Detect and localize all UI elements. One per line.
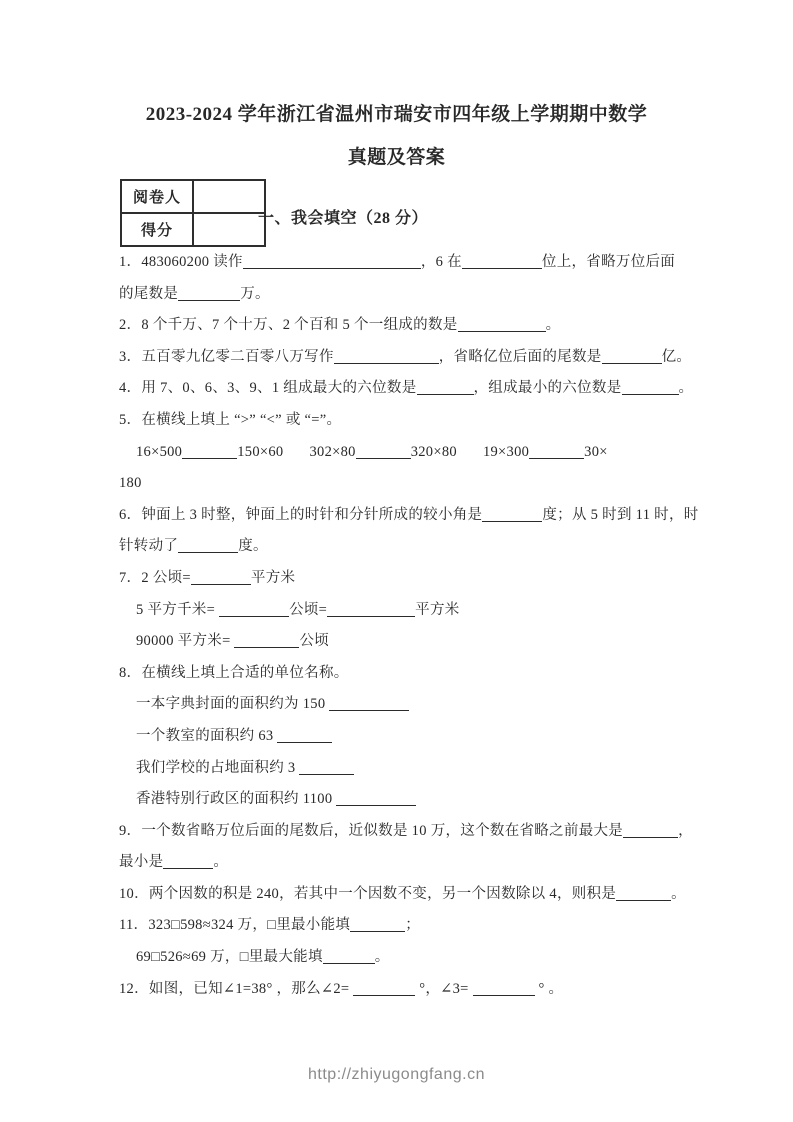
question-line: 的尾数是万。 [119,279,719,311]
question-line: 香港特别行政区的面积约 1100 [119,784,719,816]
question-text: 公顷= [289,602,327,618]
question-line: 10．两个因数的积是 240，若其中一个因数不变，另一个因数除以 4，则积是。 [119,879,719,911]
question-text: 90000 平方米= [136,633,234,649]
blank-line [191,570,251,585]
question-text: 2．8 个千万、7 个十万、2 个百和 5 个一组成的数是 [119,317,458,333]
question-text: 7．2 公顷= [119,570,191,586]
blank-line [334,349,439,364]
blank-line [243,254,421,269]
question-text: ，6 在 [421,254,462,270]
question-text: 1．483060200 读作 [119,254,243,270]
question-line: 1．483060200 读作，6 在位上，省略万位后面 [119,247,719,279]
blank-line [329,696,409,711]
blank-line [299,760,354,775]
blank-line [623,823,678,838]
score-value-cell [193,213,265,246]
question-line: 90000 平方米= 公顷 [119,626,719,658]
blank-line [458,317,546,332]
question-text: 12．如图，已知∠1=38° ，那么∠2= [119,981,353,997]
question-text: 位上，省略万位后面 [542,254,675,270]
question-text: 5．在横线上填上 “>” “<” 或 “=”。 [119,412,341,428]
question-text: ； [405,917,420,933]
blank-line [182,444,237,459]
question-text: 最小是 [119,854,163,870]
question-text: 亿。 [662,349,692,365]
blank-line [277,728,332,743]
blank-line [462,254,542,269]
question-text: °，∠3= [415,981,472,997]
question-text: 19×300 [483,444,529,460]
blank-line [163,854,213,869]
question-text: 平方米 [251,570,295,586]
blank-line [178,538,238,553]
question-line: 针转动了度。 [119,531,719,563]
question-text: 。 [546,317,561,333]
page-title-line2: 真题及答案 [0,136,793,179]
question-text: 。 [679,380,694,396]
question-text: 一本字典封面的面积约为 150 [136,696,329,712]
page-title: 2023-2024 学年浙江省温州市瑞安市四年级上学期期中数学 真题及答案 [0,93,793,179]
table-row: 阅卷人 [121,180,265,213]
question-text: 10．两个因数的积是 240，若其中一个因数不变，另一个因数除以 4，则积是 [119,886,616,902]
section-heading: 一、我会填空（28 分） [258,205,428,228]
question-text: ，组成最小的六位数是 [474,380,622,396]
question-line: 一个教室的面积约 63 [119,721,719,753]
question-text: 69□526≈69 万，□里最大能填 [136,949,323,965]
question-line: 4．用 7、0、6、3、9、1 组成最大的六位数是，组成最小的六位数是。 [119,373,719,405]
question-text: 30× [584,444,608,460]
blank-line [482,507,542,522]
blank-line [178,286,240,301]
question-text: 302×80 [309,444,355,460]
question-text: 我们学校的占地面积约 3 [136,760,299,776]
question-text: 的尾数是 [119,286,178,302]
question-text: 。 [375,949,390,965]
question-text: 度。 [238,538,268,554]
question-text: 6．钟面上 3 时整，钟面上的时针和分针所成的较小角是 [119,507,482,523]
question-text: ° 。 [535,981,564,997]
blank-line [327,602,415,617]
question-lines: 1．483060200 读作，6 在位上，省略万位后面的尾数是万。2．8 个千万… [119,247,719,1005]
blank-line [529,444,584,459]
question-text: 8．在横线上填上合适的单位名称。 [119,665,349,681]
blank-line [602,349,662,364]
question-text: ，省略亿位后面的尾数是 [439,349,602,365]
question-line: 69□526≈69 万，□里最大能填。 [119,942,719,974]
question-text: 5 平方千米= [136,602,219,618]
exam-paper-page: 2023-2024 学年浙江省温州市瑞安市四年级上学期期中数学 真题及答案 阅卷… [0,0,793,1122]
question-line: 6．钟面上 3 时整，钟面上的时针和分针所成的较小角是度；从 5 时到 11 时… [119,500,719,532]
question-line: 12．如图，已知∠1=38° ，那么∠2= °，∠3= ° 。 [119,974,719,1006]
question-text: 。 [671,886,686,902]
question-text: 针转动了 [119,538,178,554]
question-text: 度；从 5 时到 11 时，时 [542,507,698,523]
blank-line [323,949,375,964]
question-text: 3．五百零九亿零二百零八万写作 [119,349,334,365]
question-text: ， [678,823,693,839]
question-line: 16×500150×60302×80320×8019×30030× [119,437,719,469]
table-row: 得分 [121,213,265,246]
question-text: 150×60 [237,444,283,460]
question-text: 11．323□598≈324 万，□里最小能填 [119,917,350,933]
gap-spacer [457,455,483,456]
question-line: 我们学校的占地面积约 3 [119,753,719,785]
blank-line [616,886,671,901]
blank-line [356,444,411,459]
question-line: 3．五百零九亿零二百零八万写作，省略亿位后面的尾数是亿。 [119,342,719,374]
question-text: 16×500 [136,444,182,460]
question-line: 一本字典封面的面积约为 150 [119,689,719,721]
question-line: 5 平方千米= 公顷=平方米 [119,595,719,627]
blank-line [622,380,679,395]
question-line: 9．一个数省略万位后面的尾数后，近似数是 10 万，这个数在省略之前最大是， [119,816,719,848]
blank-line [353,981,415,996]
blank-line [417,380,474,395]
question-line: 11．323□598≈324 万，□里最小能填； [119,910,719,942]
blank-line [234,633,299,648]
question-text: 平方米 [415,602,459,618]
blank-line [219,602,289,617]
blank-line [336,791,416,806]
question-line: 8．在横线上填上合适的单位名称。 [119,658,719,690]
question-text: 9．一个数省略万位后面的尾数后，近似数是 10 万，这个数在省略之前最大是 [119,823,623,839]
question-text: 香港特别行政区的面积约 1100 [136,791,336,807]
question-line: 2．8 个千万、7 个十万、2 个百和 5 个一组成的数是。 [119,310,719,342]
question-line: 最小是。 [119,847,719,879]
question-text: 公顷 [299,633,329,649]
grader-value-cell [193,180,265,213]
question-text: 180 [119,475,142,491]
question-line: 180 [119,468,719,500]
question-text: 4．用 7、0、6、3、9、1 组成最大的六位数是 [119,380,417,396]
question-text: 。 [213,854,228,870]
blank-line [350,917,405,932]
grader-label-cell: 阅卷人 [121,180,193,213]
score-label-cell: 得分 [121,213,193,246]
question-text: 一个教室的面积约 63 [136,728,277,744]
question-line: 5．在横线上填上 “>” “<” 或 “=”。 [119,405,719,437]
page-title-line1: 2023-2024 学年浙江省温州市瑞安市四年级上学期期中数学 [0,93,793,136]
blank-line [473,981,535,996]
question-text: 320×80 [411,444,457,460]
gap-spacer [283,455,309,456]
question-line: 7．2 公顷=平方米 [119,563,719,595]
score-table: 阅卷人 得分 [120,179,266,247]
footer-url: http://zhiyugongfang.cn [0,1066,793,1084]
question-text: 万。 [240,286,270,302]
